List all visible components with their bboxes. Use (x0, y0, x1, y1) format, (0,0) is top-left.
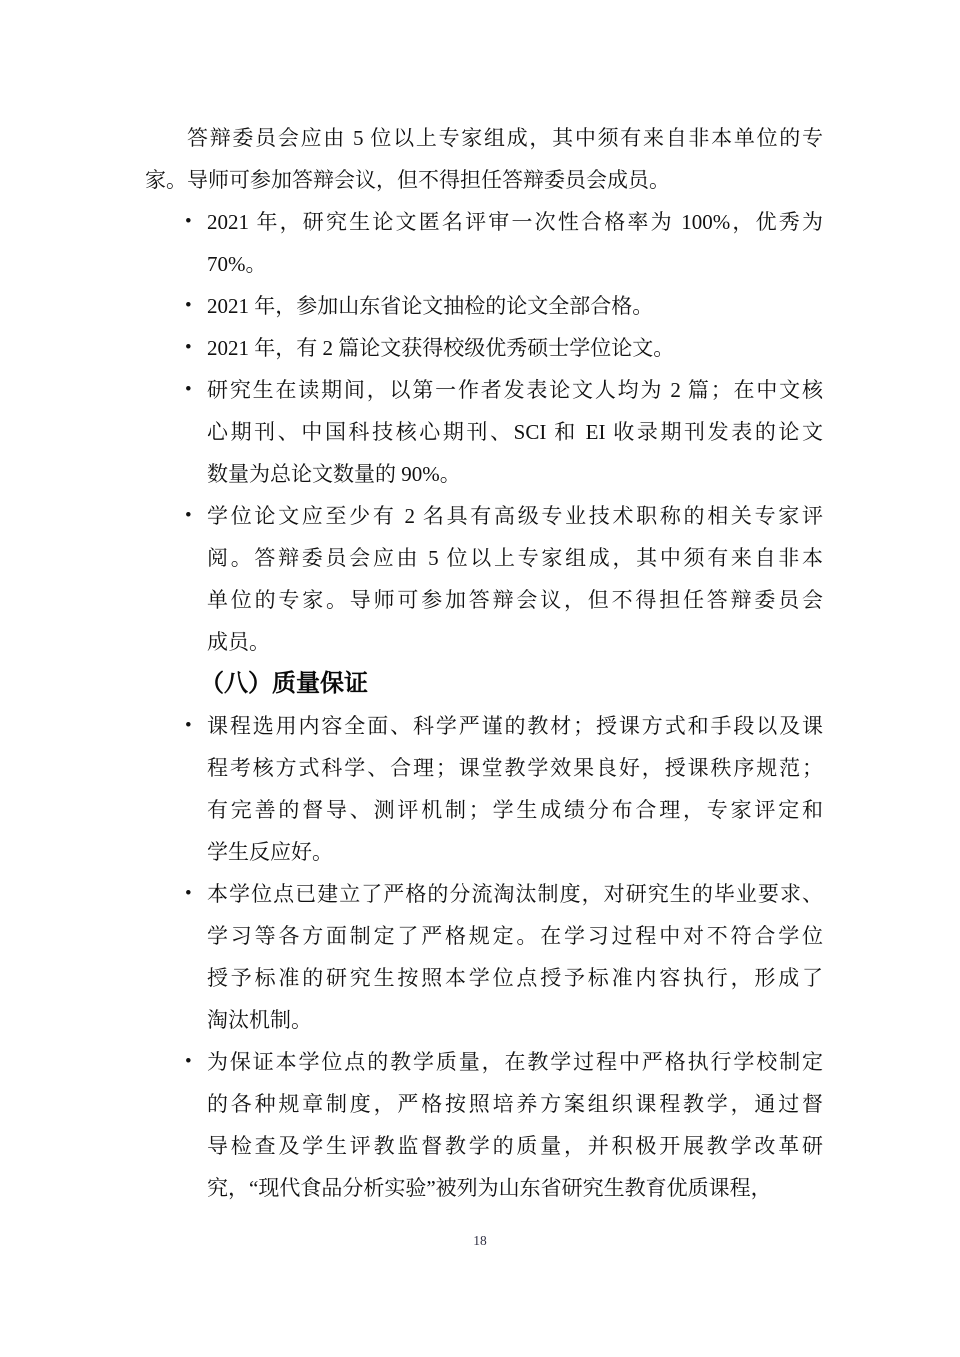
text-line: 程考核方式科学、合理；课堂教学效果良好，授课秩序规范； (207, 747, 823, 789)
bullet-icon: • (185, 369, 192, 411)
text-line: 家。导师可参加答辩会议，但不得担任答辩委员会成员。 (145, 159, 823, 201)
bullet-item: •2021 年，参加山东省论文抽检的论文全部合格。 (145, 285, 823, 327)
paragraph: 答辩委员会应由 5 位以上专家组成，其中须有来自非本单位的专家。导师可参加答辩会… (145, 117, 823, 201)
text-line: 课程选用内容全面、科学严谨的教材；授课方式和手段以及课 (207, 705, 823, 747)
text-line: 导检查及学生评教监督教学的质量，并积极开展教学改革研 (207, 1125, 823, 1167)
bullet-icon: • (185, 705, 192, 747)
bullet-item: •为保证本学位点的教学质量，在教学过程中严格执行学校制定的各种规章制度，严格按照… (145, 1041, 823, 1209)
text-line: 授予标准的研究生按照本学位点授予标准内容执行，形成了 (207, 957, 823, 999)
text-line: 究，“现代食品分析实验”被列为山东省研究生教育优质课程， (207, 1167, 823, 1209)
bullet-item: •学位论文应至少有 2 名具有高级专业技术职称的相关专家评阅。答辩委员会应由 5… (145, 495, 823, 663)
bullet-item: •课程选用内容全面、科学严谨的教材；授课方式和手段以及课程考核方式科学、合理；课… (145, 705, 823, 873)
bullet-icon: • (185, 327, 192, 369)
text-line: 答辩委员会应由 5 位以上专家组成，其中须有来自非本单位的专 (145, 117, 823, 159)
text-line: 成员。 (207, 621, 823, 663)
bullet-icon: • (185, 495, 192, 537)
text-line: 研究生在读期间，以第一作者发表论文人均为 2 篇；在中文核 (207, 369, 823, 411)
bullet-icon: • (185, 1041, 192, 1083)
text-line: 心期刊、中国科技核心期刊、SCI 和 EI 收录期刊发表的论文 (207, 411, 823, 453)
bullet-item: •2021 年，有 2 篇论文获得校级优秀硕士学位论文。 (145, 327, 823, 369)
page-number: 18 (0, 1231, 960, 1251)
text-line: 有完善的督导、测评机制；学生成绩分布合理，专家评定和 (207, 789, 823, 831)
document-page: 答辩委员会应由 5 位以上专家组成，其中须有来自非本单位的专家。导师可参加答辩会… (0, 0, 960, 1357)
text-line: 2021 年，研究生论文匿名评审一次性合格率为 100%，优秀为 (207, 201, 823, 243)
text-line: 2021 年，有 2 篇论文获得校级优秀硕士学位论文。 (207, 327, 823, 369)
text-line: 阅。答辩委员会应由 5 位以上专家组成，其中须有来自非本 (207, 537, 823, 579)
text-line: 数量为总论文数量的 90%。 (207, 453, 823, 495)
text-line: 学生反应好。 (207, 831, 823, 873)
bullet-item: •本学位点已建立了严格的分流淘汰制度，对研究生的毕业要求、学习等各方面制定了严格… (145, 873, 823, 1041)
text-line: 淘汰机制。 (207, 999, 823, 1041)
bullet-icon: • (185, 873, 192, 915)
text-line: 为保证本学位点的教学质量，在教学过程中严格执行学校制定 (207, 1041, 823, 1083)
bullet-icon: • (185, 285, 192, 327)
text-line: 2021 年，参加山东省论文抽检的论文全部合格。 (207, 285, 823, 327)
bullet-item: •研究生在读期间，以第一作者发表论文人均为 2 篇；在中文核心期刊、中国科技核心… (145, 369, 823, 495)
text-line: 70%。 (207, 243, 823, 285)
text-line: 的各种规章制度，严格按照培养方案组织课程教学，通过督 (207, 1083, 823, 1125)
text-line: 学位论文应至少有 2 名具有高级专业技术职称的相关专家评 (207, 495, 823, 537)
section-heading: （八）质量保证 (145, 663, 823, 705)
bullet-item: •2021 年，研究生论文匿名评审一次性合格率为 100%，优秀为70%。 (145, 201, 823, 285)
text-line: 学习等各方面制定了严格规定。在学习过程中对不符合学位 (207, 915, 823, 957)
document-body: 答辩委员会应由 5 位以上专家组成，其中须有来自非本单位的专家。导师可参加答辩会… (145, 117, 823, 1209)
bullet-icon: • (185, 201, 192, 243)
text-line: 单位的专家。导师可参加答辩会议，但不得担任答辩委员会 (207, 579, 823, 621)
text-line: 本学位点已建立了严格的分流淘汰制度，对研究生的毕业要求、 (207, 873, 823, 915)
